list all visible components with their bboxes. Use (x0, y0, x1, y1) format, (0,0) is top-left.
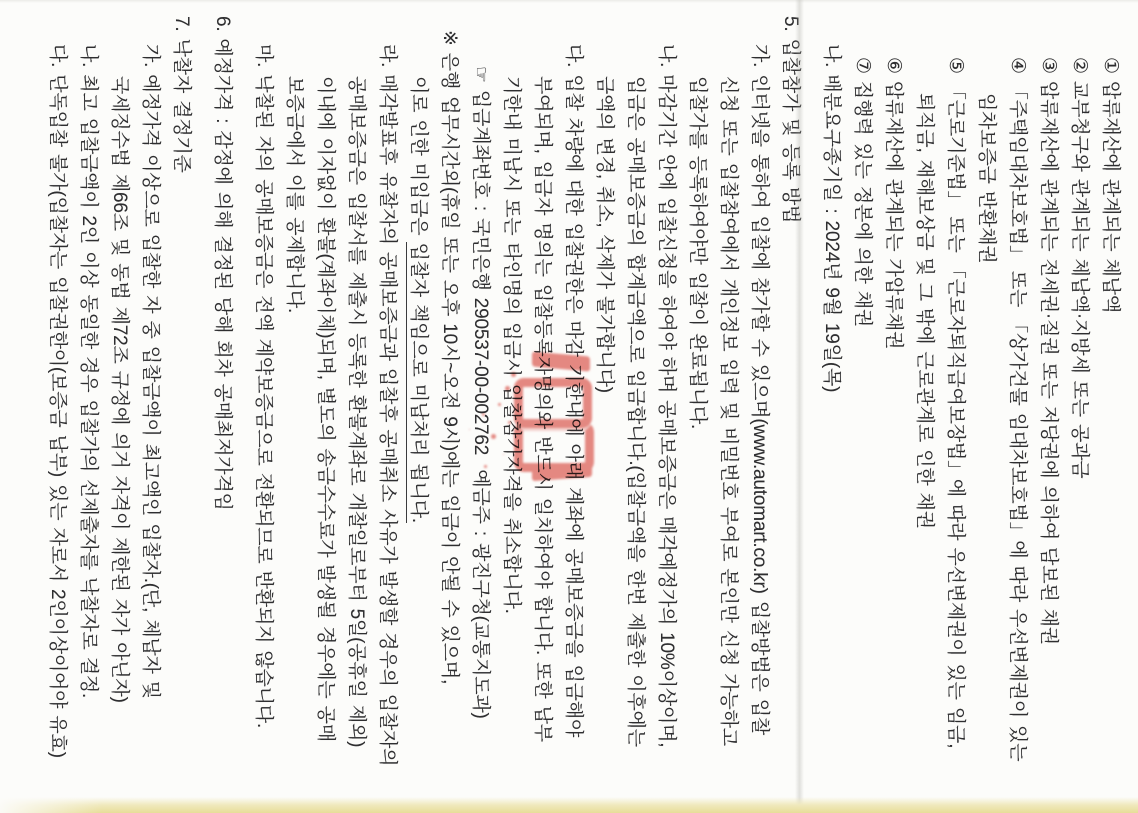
doc-line: 기한내 미납시 또는 타인명의 입금시 입찰참가자격을 취소합니다. (496, 0, 527, 813)
doc-line: 공매보증금은 입찰서를 제출시 등록한 환불계좌로 개찰일로부터 5일(공휴일 … (341, 0, 372, 813)
doc-line: 보증금에서 이를 공제합니다. (279, 0, 310, 813)
doc-line: 입찰가를 등록하여야만 입찰이 완료됩니다. (682, 0, 713, 813)
doc-line: 나. 최고 입찰금액이 2인 이상 동일한 경우 입찰가의 선제출자를 낙찰자로… (73, 0, 104, 813)
doc-line: 퇴직금, 재해보상금 및 그 밖에 근로관계로 인한 채권 (909, 0, 940, 813)
doc-line: ⑦ 집행력 있는 정본에 의한 채권 (847, 0, 878, 813)
doc-line: 6. 예정가격 : 감정에 의해 결정된 당해 회차 공매최저가격임 (207, 0, 238, 813)
doc-line: 국세징수법 제66조 및 동법 제72조 규정에 의거 자격이 제한된 자가 아… (104, 0, 135, 813)
doc-line: 이내에 이자없이 환불(계좌이체)되며, 별도의 송금수수료가 발생될 경우에는… (310, 0, 341, 813)
doc-line: ※ 은행 업무시간외(휴일 또는 오후 10시~오전 9시)에는 입금이 안될 … (434, 0, 465, 813)
doc-line: 임차보증금 반환채권 (971, 0, 1002, 813)
doc-line: 7. 낙찰자 결정기준 (166, 0, 197, 813)
doc-line: 마. 낙찰된 자의 공매보증금은 전액 계약보증금으로 전환되므로 반환되지 않… (248, 0, 279, 813)
doc-line: 다. 입찰 차량에 대한 입찰권한은 마감 기한내에 아래 계좌에 공매보증금을… (558, 0, 589, 813)
doc-line: 가. 인터넷을 통하여 입찰에 참가할 수 있으며(www.automart.c… (744, 0, 775, 813)
doc-line: 금액의 변경, 취소, 삭제가 불가합니다) (589, 0, 620, 813)
doc-line: 입금은 공매보증금의 합계금액으로 입금합니다.(입찰금액을 한번 제출한 이후… (620, 0, 651, 813)
doc-line: 부여되며, 입금자 명의는 입찰등록자명의와 반드시 일치하여야 합니다. 또한… (527, 0, 558, 813)
doc-line: 라. 매각발표후 유찰자의 공매보증금과 입찰후 공매취소 사유가 발생할 경우… (372, 0, 403, 813)
scan-top-edge (0, 0, 1138, 3)
doc-line: 신청 또는 입찰참여에서 개인정보 입력 및 비밀번호 부여로 본인만 신청 가… (713, 0, 744, 813)
underlined-text: 입찰자 책임으로 미납처리 됩니다. (406, 242, 429, 522)
doc-line: 이로 인한 미입금은 입찰자 책임으로 미납처리 됩니다. (403, 0, 434, 813)
scanned-document-page: ① 압류재산에 관계되는 체납액② 교부청구와 관계되는 체납액·지방세 또는 … (0, 0, 1138, 813)
doc-line: ⑤ 「근로기준법」 또는 「근로자퇴직급여보장법」에 따라 우선변제권이 있는 … (940, 0, 971, 813)
doc-line: ② 교부청구와 관계되는 체납액·지방세 또는 공과금 (1064, 0, 1095, 813)
fold-crease (795, 0, 804, 813)
document-rotated-90: ① 압류재산에 관계되는 체납액② 교부청구와 관계되는 체납액·지방세 또는 … (0, 0, 1138, 813)
document-body: ① 압류재산에 관계되는 체납액② 교부청구와 관계되는 체납액·지방세 또는 … (42, 0, 1126, 813)
doc-line: ③ 압류재산에 관계되는 전세권·질권 또는 저당권에 의하여 담보된 채권 (1033, 0, 1064, 813)
doc-line: 가. 예정가격 이상으로 입찰한 자 중 입찰금액이 최고액인 입찰자.(단, … (135, 0, 166, 813)
doc-line: ☞ 입금계좌번호 : 국민은행 290537-00-002762 예금주 : 광… (465, 0, 496, 813)
doc-line: ④ 「주택임대차보호법」 또는 「상가건물 임대차보호법」에 따라 우선변제권이… (1002, 0, 1033, 813)
doc-line: 나. 배분요구종기일 : 2024년 9월 19일(목) (816, 0, 847, 813)
doc-line: ① 압류재산에 관계되는 체납액 (1095, 0, 1126, 813)
doc-line: 다. 단독입찰 불가(입찰자는 입찰권한이(보증금 납부) 있는 자로서 2인이… (42, 0, 73, 813)
doc-line: 나. 마감기간 안에 입찰신청을 하여야 하며 공매보증금은 매각예정가의 10… (651, 0, 682, 813)
paper-edge-shadow (0, 797, 1138, 813)
doc-line: ⑥ 압류재산에 관계되는 가압류채권 (878, 0, 909, 813)
